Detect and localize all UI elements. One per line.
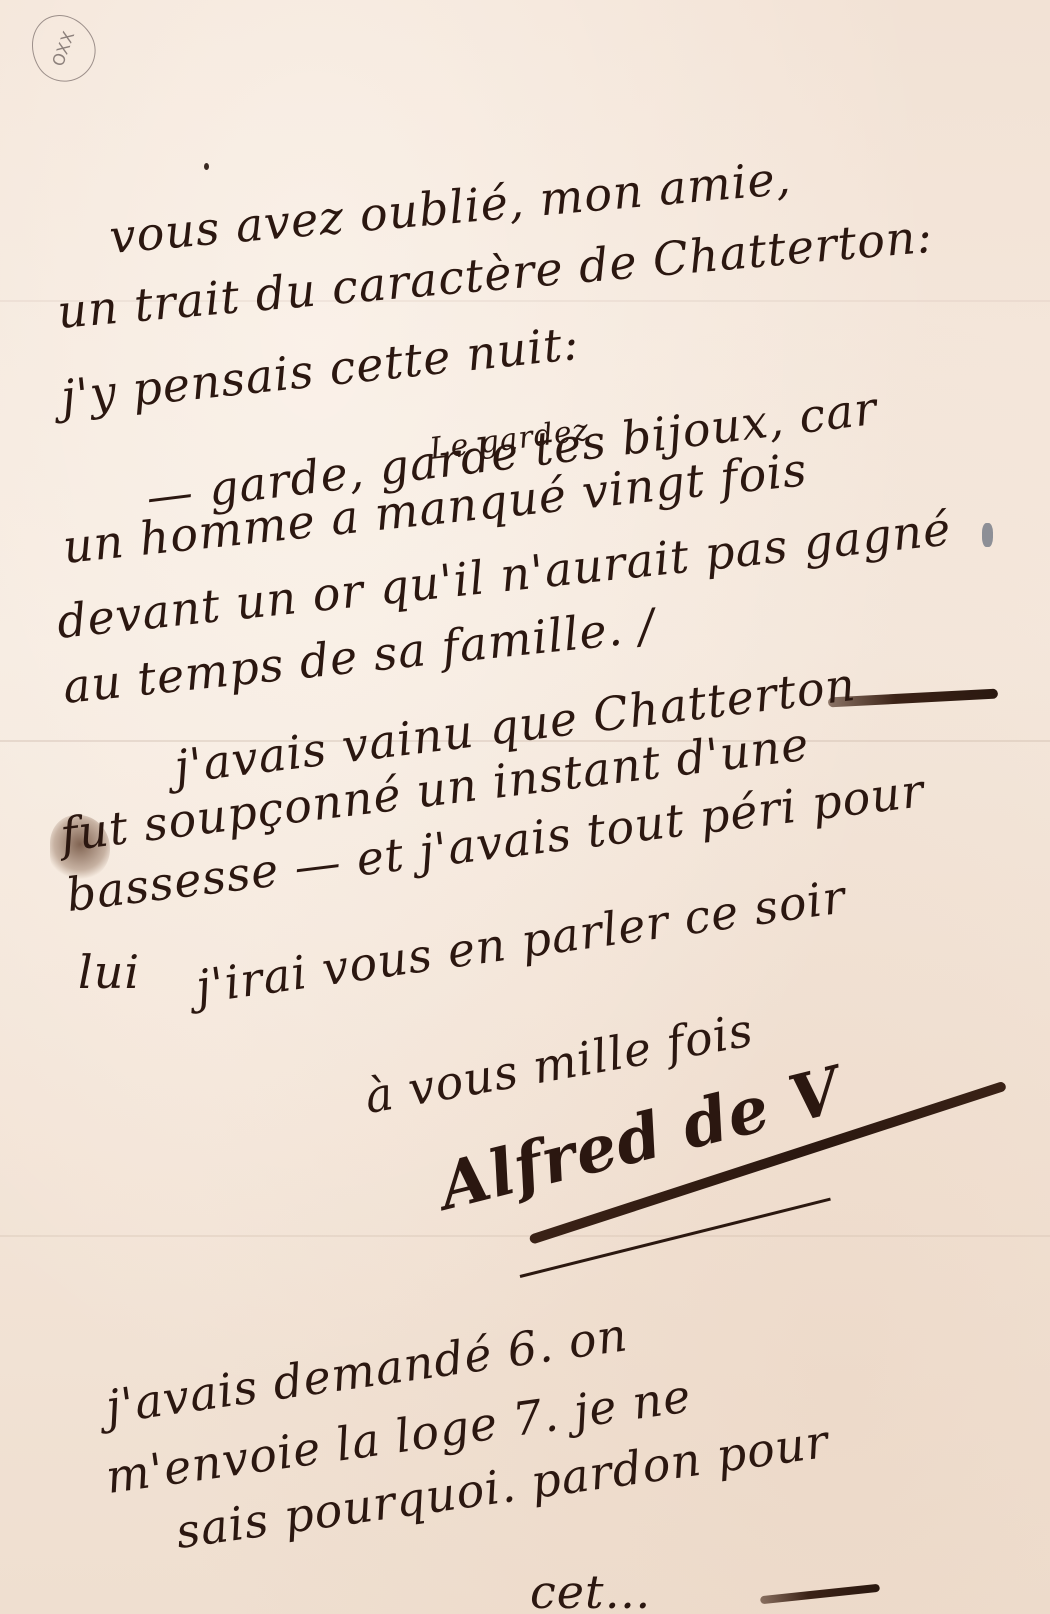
letter-line: lui	[78, 945, 140, 999]
archive-mark-text: OXX	[48, 28, 78, 69]
paper-fold-crease	[0, 1235, 1050, 1237]
paper-stain	[982, 523, 993, 547]
postscript-line: cet…	[530, 1565, 651, 1614]
letter-page: OXX vous avez oublié, mon amie, un trait…	[0, 0, 1050, 1614]
ink-dash	[760, 1584, 880, 1604]
ink-speck	[204, 163, 209, 170]
archive-pencil-mark: OXX	[19, 3, 107, 93]
signature-flourish	[520, 1198, 831, 1278]
